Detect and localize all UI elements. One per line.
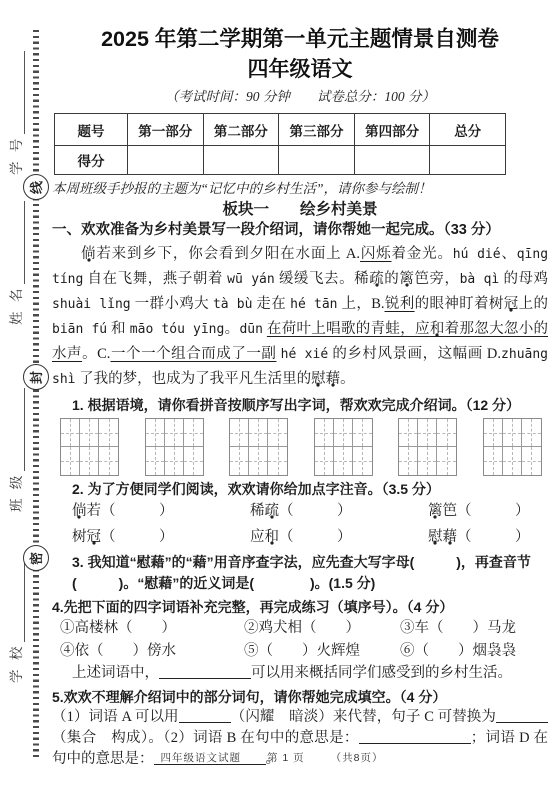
pinyin-text: hú dié: [453, 247, 501, 262]
text-segment: 藉: [326, 371, 341, 387]
question-4-stem: 4.先把下面的四字词语补充完整，再完成练习（填序号）。（4 分）: [52, 598, 548, 616]
text-segment: （ ）: [101, 529, 174, 545]
text-segment: （闪耀 暗淡）来代替，句子 C 可替换为: [231, 709, 496, 725]
writing-grid-cell: [268, 419, 287, 447]
text-segment: 倘: [81, 246, 96, 262]
text-segment: 应: [250, 529, 265, 545]
text-segment: 树: [72, 529, 87, 545]
score-cell-part2: [203, 146, 279, 175]
pinyin-word: 树冠（ ）: [72, 524, 250, 550]
writing-grid-cell: [315, 419, 334, 447]
answer-blank: [359, 730, 471, 744]
pinyin-word: 篱笆（ ）: [428, 498, 548, 524]
footer-doc-title: 四年级语文试题: [160, 750, 241, 765]
pinyin-word: 慰藉（ ）: [428, 524, 548, 550]
seal-stamp-mi: 密: [23, 545, 49, 571]
pinyin-text: biān fú: [52, 322, 107, 337]
pinyin-text: wū yán: [227, 272, 275, 287]
score-col-part1: 第一部分: [128, 114, 204, 146]
text-segment: 走在: [252, 296, 290, 312]
binding-dotted-line: [33, 30, 39, 760]
text-segment: 自在飞舞，燕子朝着: [83, 271, 227, 287]
writing-grid-cell: [80, 419, 99, 447]
class-field: 班 级: [7, 388, 25, 512]
text-segment: 慰: [428, 529, 443, 545]
pinyin-text: shuài lǐng: [52, 297, 131, 312]
footer-page-total: （共8页）: [331, 750, 384, 765]
text-segment: 笆旁，: [414, 271, 459, 287]
score-cell-part1: [128, 146, 204, 175]
question-2-stem: 2. 为了方便同学们阅读，欢欢请你给加点字注音。（3.5 分）: [52, 480, 548, 498]
class-fill-line: [23, 388, 25, 471]
writing-grid-cell: [484, 447, 503, 475]
writing-grid-cell: [146, 447, 165, 475]
text-segment: 慰: [311, 371, 326, 387]
idiom-item-4: ④依（ ）傍水: [60, 640, 244, 663]
idiom-item-5: ⑤（ ）火辉煌: [244, 640, 400, 663]
text-segment: 疏: [265, 503, 280, 519]
writing-grid-cell: [61, 447, 80, 475]
text-segment: 。: [224, 321, 239, 337]
writing-grid-cell: [522, 447, 541, 475]
question-5-stem: 5.欢欢不理解介绍词中的部分词句，请你帮她完成填空。（4 分）: [52, 688, 548, 706]
handout-notice: 本周班级手抄报的主题为“记忆中的乡村生活”，请你参与绘制！: [52, 180, 548, 198]
section-title: 板块一 绘乡村美景: [52, 200, 548, 219]
writing-grid-cell: [522, 419, 541, 447]
writing-grid-cell: [268, 447, 287, 475]
text-segment: 若（ ）: [87, 503, 174, 519]
writing-grid-cell: [334, 419, 353, 447]
text-segment: 冠: [87, 529, 102, 545]
idiom-item-6: ⑥（ ）烟袅袅: [400, 640, 548, 663]
pinyin-text: tà bù: [213, 297, 253, 312]
writing-grid-cell: [80, 447, 99, 475]
text-segment: 藉: [443, 529, 458, 545]
text-segment: 和: [430, 321, 445, 337]
answer-blank: [159, 665, 251, 679]
text-segment: 若来到乡下，你会看到夕阳在水面上 A.: [96, 246, 360, 262]
text-segment: 。C.: [82, 346, 110, 362]
score-cell-part4: [354, 146, 430, 175]
writing-grid-cell: [353, 419, 372, 447]
student-name-field: 姓 名: [7, 201, 25, 325]
seal-stamp-line: 线: [23, 174, 49, 200]
text-segment: 闪烁: [360, 246, 391, 262]
question-1-stem: 1. 根据语境，请你看拼音按顺序写出字词，帮欢欢完成介绍词。（12 分）: [52, 396, 548, 414]
writing-grid-cell: [437, 447, 456, 475]
answer-blank: [179, 709, 231, 723]
text-segment: 了我的梦，也成为了我平凡生活里的: [75, 371, 311, 387]
student-id-field: 学 号: [7, 51, 25, 175]
question-4-summary: 上述词语中，可以用来概括同学们感受到的乡村生活。: [52, 663, 548, 684]
writing-grid-cell: [334, 447, 353, 475]
idiom-item-1: ①高楼林（ ）: [60, 617, 244, 640]
idiom-item-2: ②鸡犬相（ ）: [244, 617, 400, 640]
text-segment: 的: [384, 271, 399, 287]
exam-subject: 四年级语文: [52, 57, 548, 82]
answer-blank: [496, 709, 548, 723]
text-segment: 缓缓飞去。稀: [275, 271, 370, 287]
pinyin-text: māo tóu yīng: [130, 322, 225, 337]
text-segment: 着金光。: [391, 246, 452, 262]
class-label: 班 级: [9, 473, 25, 512]
writing-grid-cell: [399, 447, 418, 475]
text-segment: 一群小鸡大: [131, 296, 213, 312]
text-segment: 可以用来概括同学们感受到的乡村生活。: [251, 665, 512, 681]
school-fill-line: [23, 559, 25, 642]
seal-stamp-feng: 封: [23, 364, 49, 390]
writing-grid-cell: [418, 419, 437, 447]
text-segment: 。: [340, 371, 355, 387]
idiom-items: ①高楼林（ ） ②鸡犬相（ ） ③车（ ）马龙 ④依（ ）傍水 ⑤（ ）火辉煌 …: [52, 617, 548, 663]
writing-grid-cell: [99, 419, 118, 447]
score-col-part4: 第四部分: [354, 114, 430, 146]
text-segment: 上，B.: [337, 296, 384, 312]
writing-grid-cell: [315, 447, 334, 475]
text-segment: 锐利: [385, 296, 415, 312]
score-col-qnum: 题号: [55, 114, 128, 146]
pinyin-text: hé xié: [281, 347, 329, 362]
text-segment: 的眼神盯着树: [415, 296, 504, 312]
text-segment: 的母鸡: [499, 271, 548, 287]
text-segment: 稀: [250, 503, 265, 519]
writing-grid-cell: [503, 447, 522, 475]
score-cell-part3: [279, 146, 355, 175]
writing-grid-cell: [399, 419, 418, 447]
student-name-fill-line: [23, 201, 25, 284]
writing-grid-cell: [230, 447, 249, 475]
writing-grid-group: [229, 418, 288, 476]
writing-grid-cell: [249, 419, 268, 447]
writing-grid-group: [145, 418, 204, 476]
score-table-header-row: 题号 第一部分 第二部分 第三部分 第四部分 总分: [55, 114, 506, 146]
writing-grid-cell: [146, 419, 165, 447]
seal-char: 封: [26, 370, 45, 383]
score-col-part3: 第三部分: [279, 114, 355, 146]
text-segment: （集合 构成）。（2）词语 B 在句中的意思是：: [52, 730, 359, 746]
writing-grid-cell: [418, 447, 437, 475]
student-name-label: 姓 名: [9, 286, 25, 325]
text-segment: 倘: [72, 503, 87, 519]
writing-grid-cell: [184, 447, 203, 475]
text-segment: （ ）: [457, 529, 530, 545]
text-segment: 上的: [519, 296, 548, 312]
seal-char: 密: [26, 551, 45, 564]
writing-grid-group: [60, 418, 119, 476]
page-footer: 四年级语文试题 第 1 页 （共8页）: [52, 750, 492, 765]
pinyin-word-row-1: 倘若（ ） 稀疏（ ） 篱笆（ ）: [52, 498, 548, 524]
school-field: 学 校: [7, 559, 25, 683]
text-segment: 笆（ ）: [443, 503, 530, 519]
writing-grid-cell: [61, 419, 80, 447]
writing-grid-cell: [249, 447, 268, 475]
pinyin-word-row-2: 树冠（ ） 应和（ ） 慰藉（ ）: [52, 524, 548, 550]
exam-title: 2025 年第二学期第一单元主题情景自测卷: [52, 26, 548, 52]
idiom-item-3: ③车（ ）马龙: [400, 617, 548, 640]
pinyin-text: bà qì: [460, 272, 500, 287]
footer-page-number: 第 1 页: [267, 750, 305, 765]
question-3-stem: 3. 我知道“慰藉”的“藉”用音序查字法，应先查大写字母( )，再查音节( )。…: [52, 552, 548, 594]
part1-intro: 一、欢欢准备为乡村美景写一段介绍词，请你帮她一起完成。（33 分）: [52, 221, 548, 240]
writing-grid-group: [483, 418, 542, 476]
text-segment: 和: [265, 529, 280, 545]
writing-grid-cell: [353, 447, 372, 475]
score-table: 题号 第一部分 第二部分 第三部分 第四部分 总分 得分: [54, 113, 506, 175]
seal-char: 线: [26, 180, 45, 193]
pinyin-text: hé tān: [290, 297, 337, 312]
writing-grid-group: [314, 418, 373, 476]
writing-grid-cell: [503, 419, 522, 447]
text-segment: （1）词语 A 可以用: [52, 709, 179, 725]
writing-grid-cell: [165, 419, 184, 447]
student-id-label: 学 号: [9, 136, 25, 175]
writing-grid-cell: [484, 419, 503, 447]
score-col-total: 总分: [430, 114, 506, 146]
student-id-fill-line: [23, 51, 25, 134]
text-segment: （ ）: [279, 503, 352, 519]
pinyin-word: 应和（ ）: [250, 524, 428, 550]
text-segment: 的乡村风景画，这幅画 D.: [328, 346, 501, 362]
writing-grid-group: [398, 418, 457, 476]
text-segment: 和: [107, 321, 130, 337]
exam-content: 2025 年第二学期第一单元主题情景自测卷 四年级语文 （考试时间：90 分钟 …: [52, 0, 548, 770]
text-segment: 篱: [428, 503, 443, 519]
writing-grids: [52, 418, 548, 476]
writing-grid-cell: [184, 419, 203, 447]
writing-grid-cell: [230, 419, 249, 447]
pinyin-word: 倘若（ ）: [72, 498, 250, 524]
text-segment: 篱: [399, 271, 414, 287]
writing-grid-cell: [437, 419, 456, 447]
text-segment: 在荷叶上唱歌的青蛙，应: [267, 321, 430, 337]
writing-grid-cell: [99, 447, 118, 475]
score-row-label: 得分: [55, 146, 128, 175]
text-segment: 上述词语中，: [72, 665, 159, 681]
pinyin-word: 稀疏（ ）: [250, 498, 428, 524]
text-segment: 、: [501, 246, 517, 262]
pinyin-text: dūn: [239, 322, 262, 337]
score-table-score-row: 得分: [55, 146, 506, 175]
score-cell-total: [430, 146, 506, 175]
text-segment: （ ）: [279, 529, 352, 545]
text-segment: 冠: [504, 296, 519, 312]
reading-passage: 倘若来到乡下，你会看到夕阳在水面上 A.闪烁着金光。hú dié、qīng tí…: [52, 242, 548, 392]
exam-page: 学 号 姓 名 班 级 学 校 线 封 密 2025 年第二学期第一单元主题情景…: [0, 0, 555, 785]
score-col-part2: 第二部分: [203, 114, 279, 146]
writing-grid-cell: [165, 447, 184, 475]
exam-meta: （考试时间：90 分钟 试卷总分：100 分）: [52, 88, 548, 105]
text-segment: 一个一个组合而成了一副: [110, 346, 276, 362]
text-segment: 疏: [369, 271, 384, 287]
school-label: 学 校: [9, 644, 25, 683]
